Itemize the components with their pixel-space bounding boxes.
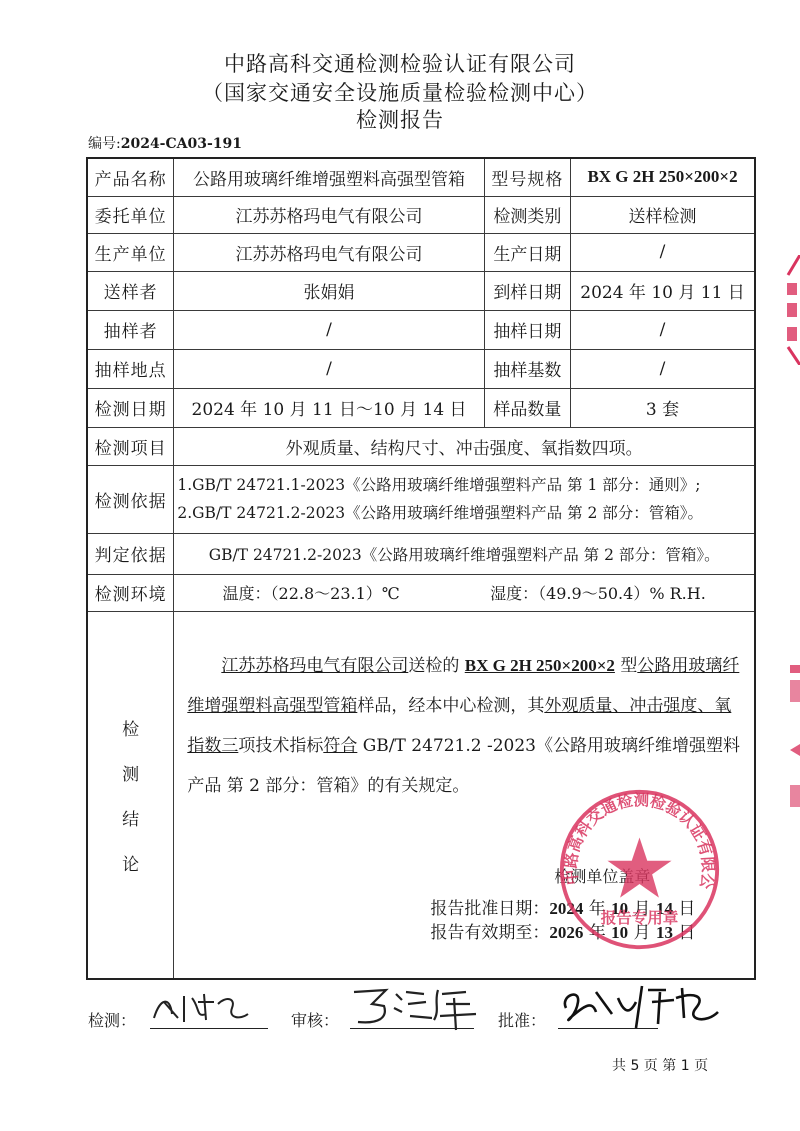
sampling-date-label: 抽样日期: [484, 310, 570, 349]
doc-number: 编号:2024-CA03-191: [88, 133, 242, 153]
production-date-label: 生产日期: [484, 233, 570, 271]
client-label: 委托单位: [87, 196, 174, 233]
approver-signature-icon: [556, 978, 726, 1038]
product-name-label: 产品名称: [87, 158, 174, 196]
report-title: 检测报告: [0, 104, 800, 134]
test-type-label: 检测类别: [484, 196, 570, 233]
table-row: 产品名称 公路用玻璃纤维增强塑料高强型管箱 型号规格 BX G 2H 250×2…: [87, 158, 755, 196]
tester-signature-line: [150, 1028, 268, 1029]
judgment-basis-label: 判定依据: [87, 533, 174, 574]
judgment-basis-value: GB/T 24721.2-2023《公路用玻璃纤维增强塑料产品 第 2 部分：管…: [174, 533, 755, 574]
model-value: BX G 2H 250×200×2: [571, 158, 755, 196]
test-date-label: 检测日期: [87, 388, 174, 427]
test-basis-line-2: 2.GB/T 24721.2-2023《公路用玻璃纤维增强塑料产品 第 2 部分…: [177, 499, 751, 527]
test-basis-value: 1.GB/T 24721.1-2023《公路用玻璃纤维增强塑料产品 第 1 部分…: [174, 465, 755, 533]
table-row: 检测依据 1.GB/T 24721.1-2023《公路用玻璃纤维增强塑料产品 第…: [87, 465, 755, 533]
sample-qty-value: 3 套: [571, 388, 755, 427]
table-row: 委托单位 江苏苏格玛电气有限公司 检测类别 送样检测: [87, 196, 755, 233]
table-row: 检测项目 外观质量、结构尺寸、冲击强度、氧指数四项。: [87, 427, 755, 465]
edge-seal-fragment-icon: [785, 255, 800, 365]
table-row: 检测日期 2024 年 10 月 11 日～10 月 14 日 样品数量 3 套: [87, 388, 755, 427]
table-row: 抽样者 / 抽样日期 /: [87, 310, 755, 349]
sender-value: 张娟娟: [174, 271, 484, 310]
table-row: 检测环境 温度：（22.8～23.1）℃ 湿度：（49.9～50.4）% R.H…: [87, 574, 755, 611]
table-row: 抽样地点 / 抽样基数 /: [87, 349, 755, 388]
approval-block: 报告批准日期：2024 年 10 月 14 日 报告有效期至：2026 年 10…: [430, 897, 695, 945]
doc-number-label: 编号:: [88, 136, 121, 152]
approver-label: 批准：: [498, 1008, 546, 1031]
valid-until: 报告有效期至：2026 年 10 月 13 日: [430, 921, 695, 945]
humidity-value: 湿度：（49.9～50.4）% R.H.: [490, 581, 706, 604]
sampler-label: 抽样者: [87, 310, 174, 349]
arrival-date-value: 2024 年 10 月 11 日: [571, 271, 755, 310]
conclusion-label: 检 测 结 论: [87, 611, 174, 979]
manufacturer-value: 江苏苏格玛电气有限公司: [174, 233, 484, 271]
table-row: 检 测 结 论 江苏苏格玛电气有限公司送检的 BX G 2H 250×200×2…: [87, 611, 755, 979]
arrival-date-label: 到样日期: [484, 271, 570, 310]
seal-label: 检测单位盖章: [554, 864, 650, 887]
product-name-value: 公路用玻璃纤维增强塑料高强型管箱: [174, 158, 484, 196]
sampling-site-label: 抽样地点: [87, 349, 174, 388]
approval-date: 报告批准日期：2024 年 10 月 14 日: [430, 897, 695, 921]
table-row: 送样者 张娟娟 到样日期 2024 年 10 月 11 日: [87, 271, 755, 310]
table-row: 判定依据 GB/T 24721.2-2023《公路用玻璃纤维增强塑料产品 第 2…: [87, 533, 755, 574]
approver-signature-line: [558, 1028, 658, 1029]
sample-qty-label: 样品数量: [484, 388, 570, 427]
test-type-value: 送样检测: [571, 196, 755, 233]
sampler-value: /: [174, 310, 484, 349]
conclusion-text: 江苏苏格玛电气有限公司送检的 BX G 2H 250×200×2 型公路用玻璃纤…: [177, 612, 751, 806]
doc-number-value: 2024-CA03-191: [121, 136, 242, 152]
manufacturer-label: 生产单位: [87, 233, 174, 271]
conclusion-content: 江苏苏格玛电气有限公司送检的 BX G 2H 250×200×2 型公路用玻璃纤…: [174, 611, 755, 979]
temperature-value: 温度：（22.8～23.1）℃: [223, 581, 400, 604]
sender-label: 送样者: [87, 271, 174, 310]
reviewer-label: 审核：: [291, 1008, 339, 1031]
sampling-site-value: /: [174, 349, 484, 388]
tester-label: 检测：: [88, 1008, 136, 1031]
production-date-value: /: [571, 233, 755, 271]
company-name: 中路高科交通检测检验认证有限公司: [0, 48, 800, 78]
center-name: （国家交通安全设施质量检验检测中心）: [0, 77, 800, 107]
signature-row: 检测： 审核： 批准：: [88, 1002, 768, 1042]
test-items-value: 外观质量、结构尺寸、冲击强度、氧指数四项。: [174, 427, 755, 465]
reviewer-signature-icon: [350, 984, 480, 1032]
model-label: 型号规格: [484, 158, 570, 196]
sampling-base-value: /: [571, 349, 755, 388]
tester-signature-icon: [148, 988, 258, 1028]
report-table: 产品名称 公路用玻璃纤维增强塑料高强型管箱 型号规格 BX G 2H 250×2…: [86, 157, 756, 980]
environment-value: 温度：（22.8～23.1）℃ 湿度：（49.9～50.4）% R.H.: [174, 574, 755, 611]
table-row: 生产单位 江苏苏格玛电气有限公司 生产日期 /: [87, 233, 755, 271]
test-basis-line-1: 1.GB/T 24721.1-2023《公路用玻璃纤维增强塑料产品 第 1 部分…: [177, 471, 751, 499]
test-basis-label: 检测依据: [87, 465, 174, 533]
test-date-value: 2024 年 10 月 11 日～10 月 14 日: [174, 388, 484, 427]
edge-seal-fragment-icon: [788, 660, 800, 810]
client-value: 江苏苏格玛电气有限公司: [174, 196, 484, 233]
page-info: 共 5 页 第 1 页: [612, 1055, 708, 1075]
environment-label: 检测环境: [87, 574, 174, 611]
sampling-date-value: /: [571, 310, 755, 349]
test-items-label: 检测项目: [87, 427, 174, 465]
reviewer-signature-line: [350, 1028, 474, 1029]
sampling-base-label: 抽样基数: [484, 349, 570, 388]
